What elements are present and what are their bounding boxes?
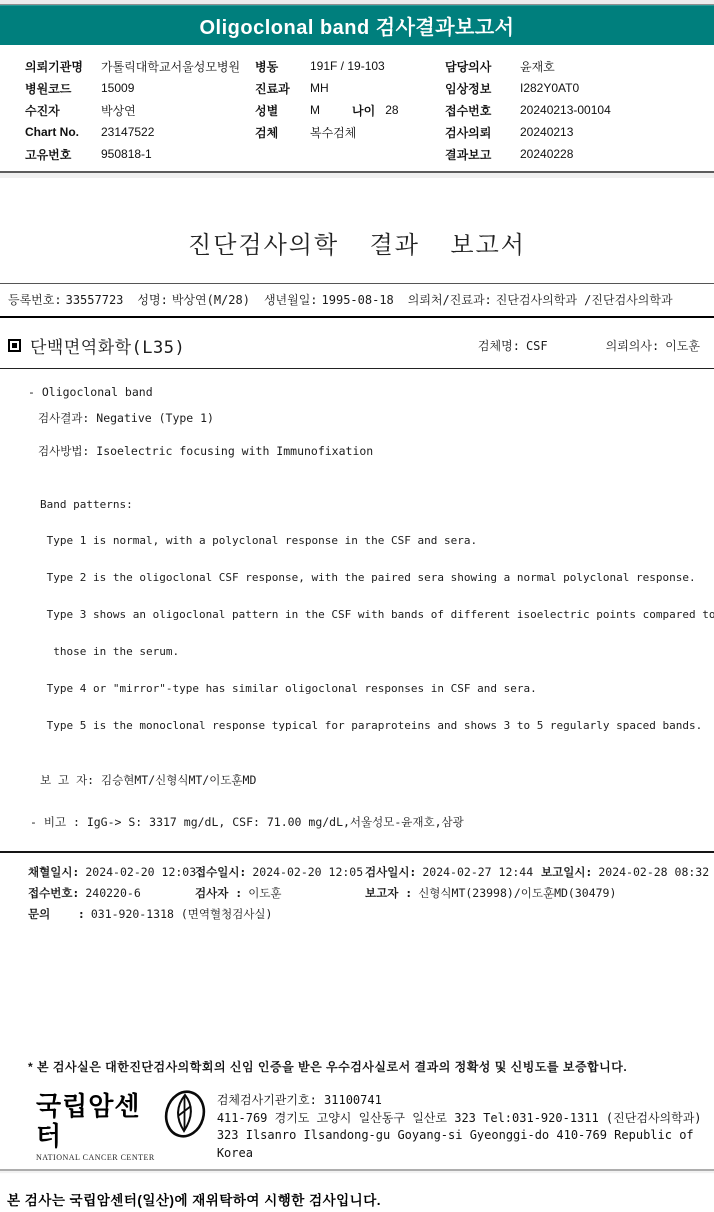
- referring-doctor-field: 의뢰의사:이도훈: [606, 337, 700, 354]
- info-row-request-date: 검사의뢰 20240213: [445, 121, 714, 143]
- band-pattern-line: Type 1 is normal, with a polyclonal resp…: [40, 535, 714, 547]
- org-code-line: 검체검사기관기호: 31100741: [217, 1092, 714, 1110]
- field-label: 접수번호:: [28, 886, 79, 900]
- field-label: 검체명:: [478, 339, 520, 353]
- field-label: 보고자 :: [365, 886, 412, 900]
- field-label: 의뢰기관명: [25, 58, 101, 75]
- field-label: 병원코드: [25, 80, 101, 97]
- org-address-kr: 411-769 경기도 고양시 일산동구 일산로 323 Tel:031-920…: [217, 1110, 714, 1128]
- field-value: I282Y0AT0: [520, 81, 579, 95]
- band-pattern-line: Band patterns:: [40, 499, 714, 511]
- header-info-middle-column: 병동 191F / 19-103 진료과 MH 성별 M 나이 28 검체 복수…: [255, 55, 445, 165]
- reporter-line: 보 고 자: 김승현MT/신형식MT/이도훈MD: [40, 772, 714, 788]
- info-row-accept-no: 접수번호 20240213-00104: [445, 99, 714, 121]
- certification-statement: * 본 검사실은 대한진단검사의학회의 신임 인증을 받은 우수검사실로서 결과…: [28, 1058, 714, 1075]
- field-label: Chart No.: [25, 125, 101, 139]
- section-title: 단백면역화학(L35): [30, 333, 185, 358]
- organization-address: 검체검사기관기호: 31100741 411-769 경기도 고양시 일산동구 …: [217, 1091, 714, 1162]
- header-info-block: 의뢰기관명 가톨릭대학교서울성모병원 병원코드 15009 수진자 박상연 Ch…: [0, 45, 714, 171]
- field-label: 검사의뢰: [445, 124, 520, 141]
- field-label: 성별: [255, 102, 310, 119]
- outsourcing-note: 본 검사는 국립암센터(일산)에 재위탁하여 시행한 검사입니다.: [7, 1189, 714, 1209]
- field-label: 접수일시:: [195, 865, 246, 879]
- info-row-department: 진료과 MH: [255, 77, 445, 99]
- band-pattern-line: those in the serum.: [40, 646, 714, 658]
- header-info-right-column: 담당의사 윤재호 임상정보 I282Y0AT0 접수번호 20240213-00…: [445, 55, 714, 165]
- examiner-field: 검사자 :이도훈: [195, 885, 365, 901]
- info-row-ward: 병동 191F / 19-103: [255, 55, 445, 77]
- field-label: 성명:: [137, 293, 167, 307]
- patient-birthdate: 생년월일:1995-08-18: [264, 291, 394, 308]
- field-value: CSF: [526, 339, 548, 353]
- specimen-field: 검체명:CSF: [478, 337, 548, 354]
- lab-footer-block: * 본 검사실은 대한진단검사의학회의 신임 인증을 받은 우수검사실로서 결과…: [0, 1058, 714, 1209]
- info-row-chart-no: Chart No. 23147522: [25, 121, 255, 143]
- field-value: 2024-02-28 08:32: [598, 865, 709, 879]
- field-value-age: 28: [385, 103, 398, 117]
- test-result-line: 검사결과: Negative (Type 1): [38, 410, 714, 426]
- patient-summary-row: 등록번호:33557723 성명:박상연(M/28) 생년월일:1995-08-…: [0, 283, 714, 318]
- info-row-report-date: 결과보고 20240228: [445, 143, 714, 165]
- field-value: 950818-1: [101, 147, 152, 161]
- field-label: 접수번호: [445, 102, 520, 119]
- field-value: 복수검체: [310, 124, 356, 141]
- field-value: 이도훈: [665, 339, 700, 353]
- org-address-en: 323 Ilsanro Ilsandong-gu Goyang-si Gyeon…: [217, 1127, 714, 1162]
- info-row-hospital-name: 의뢰기관명 가톨릭대학교서울성모병원: [25, 55, 255, 77]
- field-value: 20240228: [520, 147, 573, 161]
- organization-name-wrap: 국립암센터 NATIONAL CANCER CENTER: [36, 1091, 161, 1162]
- report-body: 진단검사의학 결과 보고서 등록번호:33557723 성명:박상연(M/28)…: [0, 225, 714, 925]
- patient-reg-no: 등록번호:33557723: [8, 291, 123, 308]
- report-banner: Oligoclonal band 검사결과보고서: [0, 5, 714, 45]
- field-label: 병동: [255, 58, 310, 75]
- test-method-line: 검사방법: Isoelectric focusing with Immunofi…: [38, 443, 714, 459]
- info-row-patient: 수진자 박상연: [25, 99, 255, 121]
- field-label: 문의 :: [28, 907, 85, 921]
- report-footer-rows: 채혈일시:2024-02-20 12:03 접수일시:2024-02-20 12…: [28, 862, 714, 925]
- collect-datetime-field: 채혈일시:2024-02-20 12:03: [28, 864, 195, 880]
- field-value: 가톨릭대학교서울성모병원: [101, 58, 240, 75]
- patient-referral-dept: 의뢰처/진료과:진단검사의학과 /진단검사의학과: [408, 291, 673, 308]
- field-label: 임상정보: [445, 80, 520, 97]
- info-row-unique-no: 고유번호 950818-1: [25, 143, 255, 165]
- info-row-hospital-code: 병원코드 15009: [25, 77, 255, 99]
- info-row-sex-age: 성별 M 나이 28: [255, 99, 445, 121]
- field-label: 수진자: [25, 102, 101, 119]
- organization-block: 국립암센터 NATIONAL CANCER CENTER 검체검사기관기호: 3…: [36, 1091, 714, 1162]
- field-value: 박상연(M/28): [172, 293, 250, 307]
- band-pattern-line: Type 4 or "mirror"-type has similar olig…: [40, 683, 714, 695]
- header-divider-shadow: [0, 173, 714, 178]
- field-value: 2024-02-20 12:05: [252, 865, 363, 879]
- band-pattern-line: Type 5 is the monoclonal response typica…: [40, 720, 714, 732]
- field-label: 의뢰처/진료과:: [408, 293, 492, 307]
- field-value: 진단검사의학과 /진단검사의학과: [496, 293, 673, 307]
- receive-datetime-field: 접수일시:2024-02-20 12:05: [195, 864, 365, 880]
- field-value: 031-920-1318 (면역혈청검사실): [91, 907, 273, 921]
- field-value: 윤재호: [520, 58, 555, 75]
- field-value: 1995-08-18: [322, 293, 394, 307]
- ncc-leaf-logo-icon: [163, 1089, 207, 1162]
- field-label: 생년월일:: [264, 293, 318, 307]
- field-value: 33557723: [66, 293, 124, 307]
- patient-name: 성명:박상연(M/28): [137, 291, 250, 308]
- band-pattern-line: Type 3 shows an oligoclonal pattern in t…: [40, 609, 714, 621]
- info-row-doctor: 담당의사 윤재호: [445, 55, 714, 77]
- field-label: 검사자 :: [195, 886, 242, 900]
- reporter-field: 보고자 :신형식MT(23998)/이도훈MD(30479): [365, 885, 714, 901]
- field-label: 고유번호: [25, 146, 101, 163]
- accept-no-field: 접수번호:240220-6: [28, 885, 195, 901]
- band-pattern-line: Type 2 is the oligoclonal CSF response, …: [40, 572, 714, 584]
- field-value: 191F / 19-103: [310, 59, 385, 73]
- field-value: 2024-02-27 12:44: [422, 865, 533, 879]
- header-info-left-column: 의뢰기관명 가톨릭대학교서울성모병원 병원코드 15009 수진자 박상연 Ch…: [25, 55, 255, 165]
- footer-row-staff: 접수번호:240220-6 검사자 :이도훈 보고자 :신형식MT(23998)…: [28, 883, 714, 904]
- report-banner-title: Oligoclonal band 검사결과보고서: [199, 11, 514, 40]
- report-datetime-field: 보고일시:2024-02-28 08:32: [541, 864, 714, 880]
- footer-row-datetimes: 채혈일시:2024-02-20 12:03 접수일시:2024-02-20 12…: [28, 862, 714, 883]
- field-label-age: 나이: [352, 102, 375, 119]
- footer-row-contact: 문의 :031-920-1318 (면역혈청검사실): [28, 904, 714, 925]
- info-row-specimen: 검체 복수검체: [255, 121, 445, 143]
- field-value: 박상연: [101, 102, 136, 119]
- field-label: 채혈일시:: [28, 865, 79, 879]
- test-name-line: - Oligoclonal band: [28, 385, 714, 399]
- test-datetime-field: 검사일시:2024-02-27 12:44: [365, 864, 541, 880]
- organization-name: 국립암센터: [36, 1091, 161, 1151]
- field-label: 결과보고: [445, 146, 520, 163]
- lab-report-page: { "banner": { "title": "Oligoclonal band…: [0, 0, 714, 1212]
- section-header-row: 단백면역화학(L35) 검체명:CSF 의뢰의사:이도훈: [0, 333, 714, 369]
- field-label: 검사일시:: [365, 865, 416, 879]
- field-value: 20240213-00104: [520, 103, 611, 117]
- field-value: MH: [310, 81, 329, 95]
- field-value: 2024-02-20 12:03: [85, 865, 196, 879]
- info-row-clinical-info: 임상정보 I282Y0AT0: [445, 77, 714, 99]
- footer-separator-line: [0, 851, 714, 853]
- section-square-icon: [8, 339, 21, 352]
- bottom-separator: [0, 1169, 714, 1174]
- field-label: 등록번호:: [8, 293, 62, 307]
- field-value: 23147522: [101, 125, 154, 139]
- report-title: 진단검사의학 결과 보고서: [0, 225, 714, 260]
- field-label: 진료과: [255, 80, 310, 97]
- organization-name-en: NATIONAL CANCER CENTER: [36, 1153, 161, 1162]
- field-value: 15009: [101, 81, 134, 95]
- contact-field: 문의 :031-920-1318 (면역혈청검사실): [28, 906, 714, 922]
- field-label: 의뢰의사:: [606, 339, 660, 353]
- field-label: 검체: [255, 124, 310, 141]
- field-value: 20240213: [520, 125, 573, 139]
- field-value: 신형식MT(23998)/이도훈MD(30479): [418, 886, 616, 900]
- remark-line: - 비고 : IgG-> S: 3317 mg/dL, CSF: 71.00 m…: [30, 814, 714, 830]
- field-label: 담당의사: [445, 58, 520, 75]
- field-value: 240220-6: [85, 886, 140, 900]
- band-patterns-block: Band patterns: Type 1 is normal, with a …: [40, 474, 714, 757]
- field-value: M: [310, 103, 352, 117]
- field-value: 이도훈: [248, 886, 281, 900]
- field-label: 보고일시:: [541, 865, 592, 879]
